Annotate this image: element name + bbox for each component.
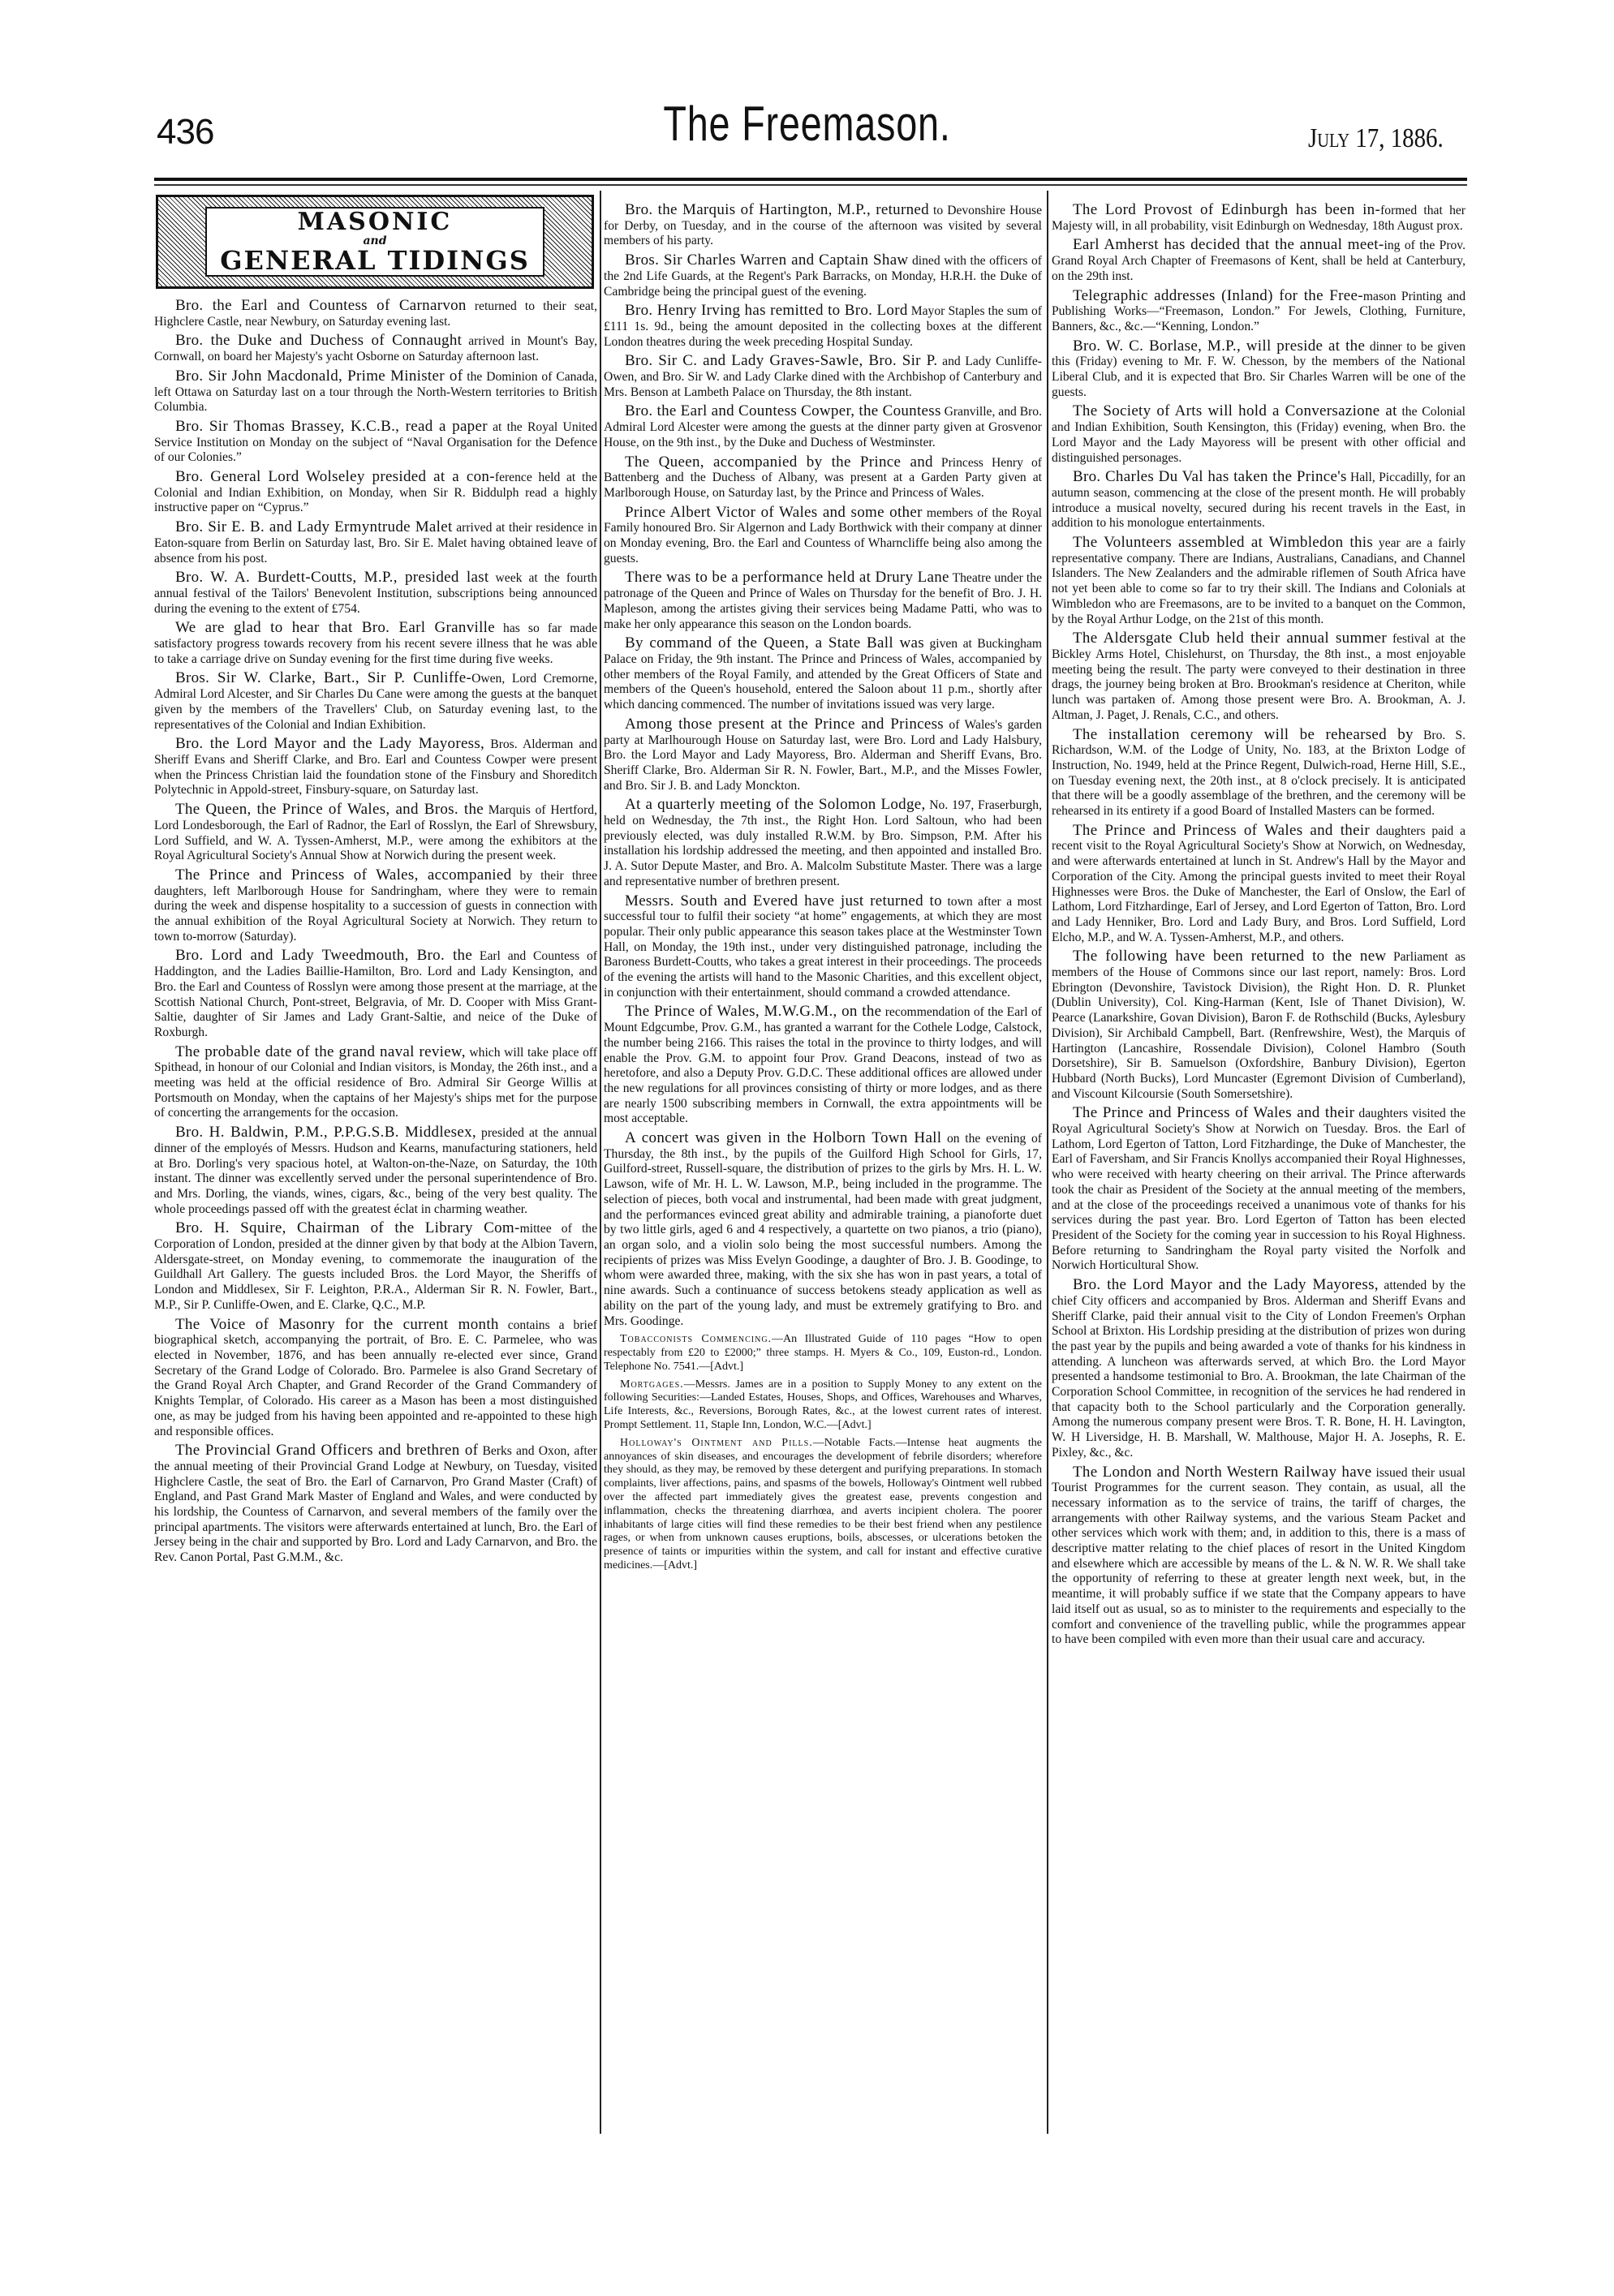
paragraph-lead: Bro. the Earl and Countess of Carnarvon	[175, 297, 467, 314]
paragraph-lead: The probable date of the grand naval rev…	[175, 1043, 466, 1060]
masonic-tidings-banner: MASONIC and GENERAL TIDINGS	[156, 195, 594, 289]
news-paragraph: Bro. H. Baldwin, P.M., P.P.G.S.B. Middle…	[154, 1125, 597, 1217]
news-paragraph: Bro. Charles Du Val has taken the Prince…	[1052, 470, 1466, 531]
article-list: Bro. the Earl and Countess of Carnarvon …	[154, 299, 597, 1566]
paragraph-body: town after a most successful tour to ful…	[604, 895, 1042, 1000]
news-paragraph: The Voice of Masonry for the current mon…	[154, 1318, 597, 1440]
news-paragraph: A concert was given in the Holborn Town …	[604, 1131, 1042, 1329]
paragraph-lead: Bro. the Lord Mayor and the Lady Mayores…	[175, 735, 484, 752]
news-paragraph: The Queen, accompanied by the Prince and…	[604, 455, 1042, 501]
paragraph-lead: Messrs. South and Evered have just retur…	[625, 892, 942, 909]
paragraph-lead: The Queen, accompanied by the Prince and	[625, 454, 933, 471]
advertisement: Mortgages.—Messrs. James are in a positi…	[604, 1378, 1042, 1433]
paragraph-lead: Bro. Henry Irving has remitted to Bro. L…	[625, 302, 908, 319]
paragraph-lead: The Prince of Wales, M.W.G.M., on the	[625, 1003, 881, 1020]
news-paragraph: Bro. H. Squire, Chairman of the Library …	[154, 1221, 597, 1313]
paragraph-body: issued their usual Tourist Programmes fo…	[1052, 1466, 1466, 1647]
paragraph-lead: Bro. Sir Thomas Brassey, K.C.B., read a …	[175, 418, 488, 435]
news-paragraph: Bros. Sir W. Clarke, Bart., Sir P. Cunli…	[154, 671, 597, 733]
paragraph-lead: At a quarterly meeting of the Solomon Lo…	[625, 796, 926, 813]
column-2: Bro. the Marquis of Hartington, M.P., re…	[604, 203, 1042, 1577]
paragraph-body: attended by the chief City officers and …	[1052, 1279, 1466, 1460]
news-paragraph: Bro. General Lord Wolseley presided at a…	[154, 470, 597, 516]
paragraph-lead: Bros. Sir W. Clarke, Bart., Sir P. Cunli…	[175, 669, 471, 686]
paragraph-lead: The Society of Arts will hold a Conversa…	[1073, 402, 1397, 419]
advertisement-body: —Notable Facts.—Intense heat augments th…	[604, 1437, 1042, 1572]
paragraph-lead: Bro. the Lord Mayor and the Lady Mayores…	[1073, 1276, 1379, 1293]
paragraph-body: on the evening of Thursday, the 8th inst…	[604, 1132, 1042, 1327]
advertisement: Tobacconists Commencing.—An Illustrated …	[604, 1333, 1042, 1374]
news-paragraph: Bro. Sir E. B. and Lady Ermyntrude Malet…	[154, 520, 597, 566]
news-paragraph: The London and North Western Railway hav…	[1052, 1465, 1466, 1648]
paragraph-body: Berks and Oxon, after the annual meeting…	[154, 1444, 597, 1564]
paragraph-body: Parliament as members of the House of Co…	[1052, 950, 1466, 1100]
paragraph-lead: The Volunteers assembled at Wimbledon th…	[1073, 534, 1373, 551]
column-divider	[1047, 191, 1048, 2134]
paragraph-lead: We are glad to hear that Bro. Earl Granv…	[175, 619, 495, 636]
news-paragraph: At a quarterly meeting of the Solomon Lo…	[604, 798, 1042, 889]
news-paragraph: The Queen, the Prince of Wales, and Bros…	[154, 802, 597, 864]
news-paragraph: The following have been returned to the …	[1052, 949, 1466, 1102]
paragraph-lead: The Prince and Princess of Wales and the…	[1073, 822, 1370, 839]
paragraph-body: daughters visited the Royal Agricultural…	[1052, 1107, 1466, 1272]
paragraph-lead: Bro. Charles Du Val has taken the Prince…	[1073, 468, 1347, 485]
paragraph-lead: Earl Amherst has decided that the annual…	[1073, 236, 1384, 253]
news-paragraph: The installation ceremony will be rehear…	[1052, 728, 1466, 819]
news-paragraph: Bro. Sir C. and Lady Graves-Sawle, Bro. …	[604, 354, 1042, 400]
news-paragraph: Bro. the Earl and Countess of Carnarvon …	[154, 299, 597, 329]
banner-text-block: MASONIC and GENERAL TIDINGS	[205, 207, 544, 277]
news-paragraph: The Prince and Princess of Wales and the…	[1052, 823, 1466, 946]
column-3: The Lord Provost of Edinburgh has been i…	[1052, 203, 1466, 1652]
paragraph-lead: Bros. Sir Charles Warren and Captain Sha…	[625, 252, 908, 269]
column-1: MASONIC and GENERAL TIDINGS Bro. the Ear…	[154, 195, 597, 1570]
header-rule-thin	[154, 184, 1467, 186]
paragraph-lead: Prince Albert Victor of Wales and some o…	[625, 504, 923, 521]
news-paragraph: The Prince and Princess of Wales, accomp…	[154, 868, 597, 945]
advertisement-heading: Holloway's Ointment and Pills.	[620, 1437, 813, 1449]
news-paragraph: There was to be a performance held at Dr…	[604, 570, 1042, 632]
paragraph-lead: Bro. the Earl and Countess Cowper, the C…	[625, 402, 941, 419]
advertisement-heading: Mortgages.	[620, 1378, 684, 1391]
news-paragraph: Bro. Sir John Macdonald, Prime Minister …	[154, 369, 597, 415]
paragraph-body: recommendation of the Earl of Mount Edgc…	[604, 1005, 1042, 1125]
paragraph-lead: By command of the Queen, a State Ball wa…	[625, 634, 924, 651]
paragraph-lead: Bro. the Duke and Duchess of Connaught	[175, 332, 462, 349]
news-paragraph: Bro. Henry Irving has remitted to Bro. L…	[604, 303, 1042, 350]
news-paragraph: Bro. the Earl and Countess Cowper, the C…	[604, 404, 1042, 450]
paragraph-lead: There was to be a performance held at Dr…	[625, 569, 949, 586]
advertisements: Tobacconists Commencing.—An Illustrated …	[604, 1333, 1042, 1573]
news-paragraph: The Provincial Grand Officers and brethr…	[154, 1443, 597, 1566]
news-paragraph: The Volunteers assembled at Wimbledon th…	[1052, 535, 1466, 627]
paragraph-lead: The London and North Western Railway hav…	[1073, 1464, 1372, 1481]
banner-heading-masonic: MASONIC	[220, 210, 530, 234]
paragraph-body: daughters paid a recent visit to the Roy…	[1052, 824, 1466, 944]
paragraph-lead: The Provincial Grand Officers and brethr…	[175, 1442, 478, 1459]
paragraph-lead: The Aldersgate Club held their annual su…	[1073, 630, 1387, 647]
news-paragraph: The Society of Arts will hold a Conversa…	[1052, 404, 1466, 466]
news-paragraph: Bros. Sir Charles Warren and Captain Sha…	[604, 253, 1042, 299]
news-paragraph: By command of the Queen, a State Ball wa…	[604, 636, 1042, 713]
news-paragraph: Earl Amherst has decided that the annual…	[1052, 238, 1466, 284]
news-paragraph: Bro. the Lord Mayor and the Lady Mayores…	[154, 737, 597, 798]
paragraph-lead: Bro. General Lord Wolseley presided at a…	[175, 468, 495, 485]
news-paragraph: Bro. Lord and Lady Tweedmouth, Bro. the …	[154, 948, 597, 1040]
masthead-title: The Freemason.	[178, 96, 1436, 152]
paragraph-lead: Bro. W. A. Burdett-Coutts, M.P., preside…	[175, 569, 489, 586]
banner-heading-general-tidings: GENERAL TIDINGS	[220, 247, 530, 273]
article-list: The Lord Provost of Edinburgh has been i…	[1052, 203, 1466, 1648]
paragraph-lead: The Prince and Princess of Wales and the…	[1073, 1104, 1354, 1121]
paragraph-lead: Bro. the Marquis of Hartington, M.P., re…	[625, 201, 929, 218]
paragraph-lead: The Voice of Masonry for the current mon…	[175, 1316, 499, 1333]
paragraph-body: contains a brief biographical sketch, ac…	[154, 1318, 597, 1438]
paragraph-lead: Bro. H. Baldwin, P.M., P.P.G.S.B. Middle…	[175, 1124, 476, 1141]
news-paragraph: The Aldersgate Club held their annual su…	[1052, 631, 1466, 723]
article-list: Bro. the Marquis of Hartington, M.P., re…	[604, 203, 1042, 1329]
news-paragraph: Bro. W. C. Borlase, M.P., will preside a…	[1052, 339, 1466, 401]
paragraph-lead: Telegraphic addresses (Inland) for the F…	[1073, 287, 1363, 304]
news-paragraph: The Prince and Princess of Wales and the…	[1052, 1106, 1466, 1274]
paragraph-lead: Among those present at the Prince and Pr…	[625, 716, 944, 733]
paragraph-lead: The Prince and Princess of Wales, accomp…	[175, 866, 511, 884]
news-paragraph: Bro. Sir Thomas Brassey, K.C.B., read a …	[154, 419, 597, 466]
paragraph-lead: The following have been returned to the …	[1073, 948, 1386, 965]
paragraph-lead: Bro. H. Squire, Chairman of the Library …	[175, 1219, 520, 1236]
news-paragraph: Messrs. South and Evered have just retur…	[604, 894, 1042, 1001]
news-paragraph: The Lord Provost of Edinburgh has been i…	[1052, 203, 1466, 234]
paragraph-lead: Bro. Sir John Macdonald, Prime Minister …	[175, 368, 463, 385]
news-paragraph: Among those present at the Prince and Pr…	[604, 717, 1042, 794]
paragraph-lead: Bro. W. C. Borlase, M.P., will preside a…	[1073, 338, 1365, 355]
advertisement: Holloway's Ointment and Pills.—Notable F…	[604, 1437, 1042, 1573]
news-paragraph: The probable date of the grand naval rev…	[154, 1045, 597, 1122]
issue-date: July 17, 1886.	[1308, 123, 1444, 154]
news-paragraph: Prince Albert Victor of Wales and some o…	[604, 505, 1042, 567]
paragraph-lead: Bro. Sir C. and Lady Graves-Sawle, Bro. …	[625, 352, 937, 369]
advertisement-heading: Tobacconists Commencing.	[620, 1333, 772, 1345]
news-paragraph: Bro. the Duke and Duchess of Connaught a…	[154, 333, 597, 364]
news-paragraph: Bro. the Lord Mayor and the Lady Mayores…	[1052, 1278, 1466, 1460]
paragraph-lead: Bro. Lord and Lady Tweedmouth, Bro. the	[175, 947, 472, 964]
paragraph-lead: The Lord Provost of Edinburgh has been i…	[1073, 201, 1380, 218]
column-divider	[600, 191, 601, 2134]
news-paragraph: We are glad to hear that Bro. Earl Granv…	[154, 621, 597, 667]
paragraph-lead: The Queen, the Prince of Wales, and Bros…	[175, 801, 484, 818]
news-paragraph: Bro. the Marquis of Hartington, M.P., re…	[604, 203, 1042, 249]
paragraph-lead: A concert was given in the Holborn Town …	[625, 1129, 941, 1146]
header-rule	[154, 178, 1467, 181]
news-paragraph: Telegraphic addresses (Inland) for the F…	[1052, 289, 1466, 335]
paragraph-lead: Bro. Sir E. B. and Lady Ermyntrude Malet	[175, 518, 453, 535]
news-paragraph: Bro. W. A. Burdett-Coutts, M.P., preside…	[154, 570, 597, 617]
news-paragraph: The Prince of Wales, M.W.G.M., on the re…	[604, 1004, 1042, 1127]
paragraph-lead: The installation ceremony will be rehear…	[1073, 726, 1414, 743]
